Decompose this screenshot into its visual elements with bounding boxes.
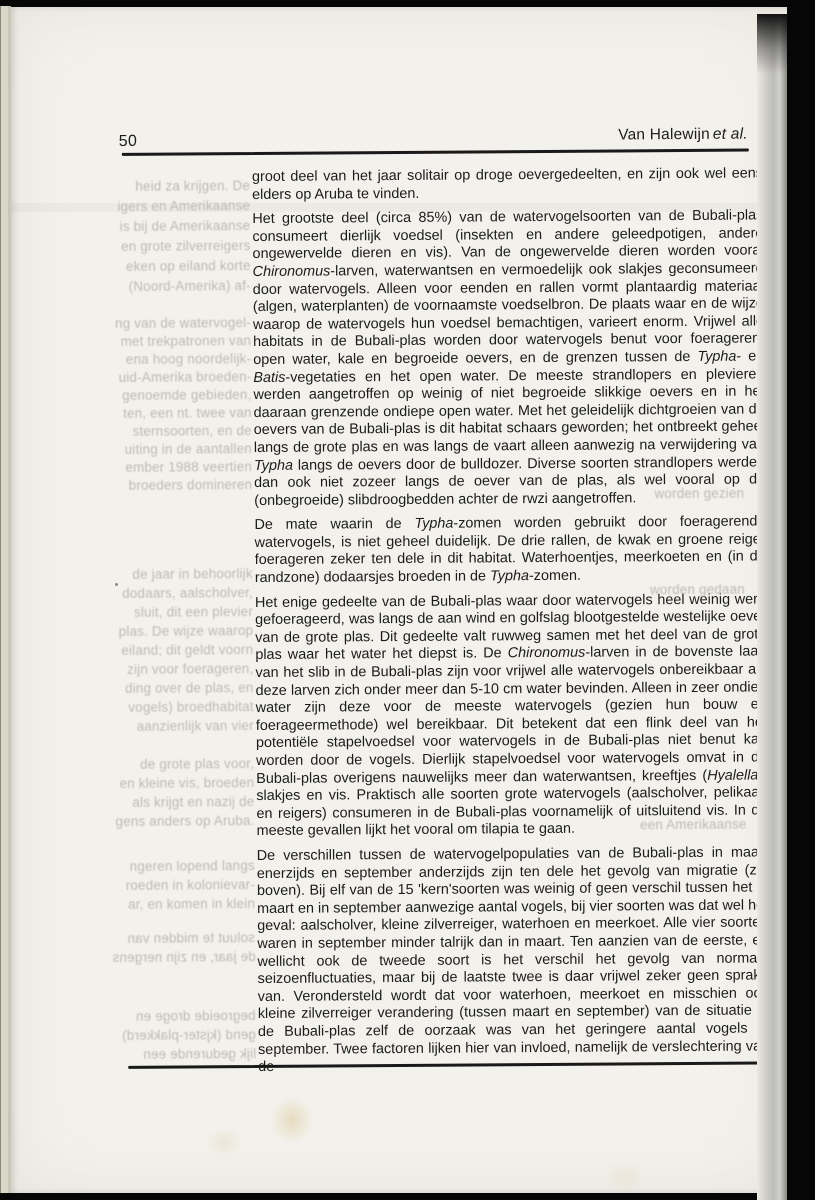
- ghost-text-line: soluut te midden van: [128, 931, 256, 946]
- ghost-text-line: uid-Amerika broeden-: [119, 370, 252, 385]
- printed-content: heid za krijgen. Deigers en Amerikaansei…: [7, 4, 791, 1195]
- ghost-text-line: dodaars, aalscholver,: [122, 586, 253, 601]
- paragraph: Het enige gedeelte van de Bubali-plas wa…: [255, 591, 768, 841]
- ghost-text-line: uiting in de aantallen: [125, 442, 252, 457]
- ghost-text-line: igers en Amerikaanse: [117, 199, 250, 214]
- running-head: Van Halewijnet al.: [618, 126, 748, 145]
- ghost-text-line: sluit, dit een plevier: [134, 605, 253, 620]
- corner-shadow: [757, 14, 787, 74]
- running-head-authors: Van Halewijn: [618, 126, 710, 144]
- ghost-text-line: eken op eiland korte: [126, 259, 251, 274]
- ghost-text-line: sternsoorten, en de: [133, 424, 252, 439]
- header-rule: [122, 149, 749, 156]
- ghost-text-line: lijk gedurende een: [143, 1047, 256, 1062]
- ghost-text-line: aanzienlijk van vier: [137, 719, 254, 734]
- page-edge-shadow: [757, 14, 787, 1200]
- ghost-text-line: als krijgt en nazij de: [132, 795, 254, 810]
- ghost-text-line: gend (kjster-plakkerd): [122, 1028, 256, 1043]
- running-head-etal: et al.: [710, 126, 748, 143]
- ghost-text-line: en kleine vis, broeden: [120, 776, 255, 791]
- page-number: 50: [119, 133, 138, 151]
- ghost-text-line: de jaar in behoorlijk: [132, 567, 252, 582]
- ghost-text-line: ar, en komen in klein: [128, 897, 255, 912]
- ghost-text-line: gens anders op Aruba.: [115, 814, 254, 829]
- ghost-text-line: heid za krijgen. De: [135, 179, 250, 194]
- ghost-text-line: ten, een nt. twee van: [123, 406, 252, 421]
- ghost-text-line: (Noord-Amerika) af-: [129, 279, 251, 294]
- ghost-text-line: ember 1988 veertien: [125, 460, 252, 475]
- ghost-text-line: de jaar, en zijn nergens: [112, 950, 255, 965]
- paragraph: De mate waarin de Typha-zomen worden geb…: [254, 514, 765, 588]
- ghost-text-line: begroeide droge en: [136, 1009, 256, 1024]
- ghost-text-line: plas. De wijze waarop: [119, 624, 254, 639]
- ghost-text-line: met trekpatronen van: [121, 334, 252, 349]
- ghost-text-line: genoemde gebieden,: [122, 388, 252, 403]
- ghost-text-line: ng van de watervogel-: [115, 316, 251, 331]
- ghost-text-line: roeden in kolonievar-: [126, 878, 255, 893]
- ghost-text-line: broeders domineren: [129, 478, 253, 493]
- ghost-text-line: ngeren lopend langs: [130, 859, 255, 874]
- ghost-text-line: vogels) broedhabitat: [128, 700, 253, 715]
- ghost-text-line: ena hoog noordelijk-: [126, 352, 251, 367]
- article-text: groot deel van het jaar solitair op drog…: [252, 165, 769, 1083]
- ghost-text-line: zijn voor foerageren,: [127, 662, 253, 677]
- ghost-text-line: is bij de Amerikaanse: [120, 219, 251, 234]
- paragraph: groot deel van het jaar solitair op drog…: [252, 165, 763, 204]
- paragraph: Het grootste deel (circa 85%) van de wat…: [252, 208, 765, 511]
- scanned-book-page: heid za krijgen. Deigers en Amerikaansei…: [0, 0, 815, 1200]
- ghost-text-line: de grote plas voor,: [140, 757, 254, 772]
- ghost-text-line: eiland; dit geldt voorn: [121, 643, 253, 658]
- paper-page: heid za krijgen. Deigers en Amerikaansei…: [11, 7, 787, 1193]
- ghost-text-line: en grote zilverreigers: [121, 239, 251, 254]
- ghost-text-line: ding over de plas, en: [125, 681, 254, 696]
- paragraph: De verschillen tussen de watervogelpopul…: [257, 844, 770, 1076]
